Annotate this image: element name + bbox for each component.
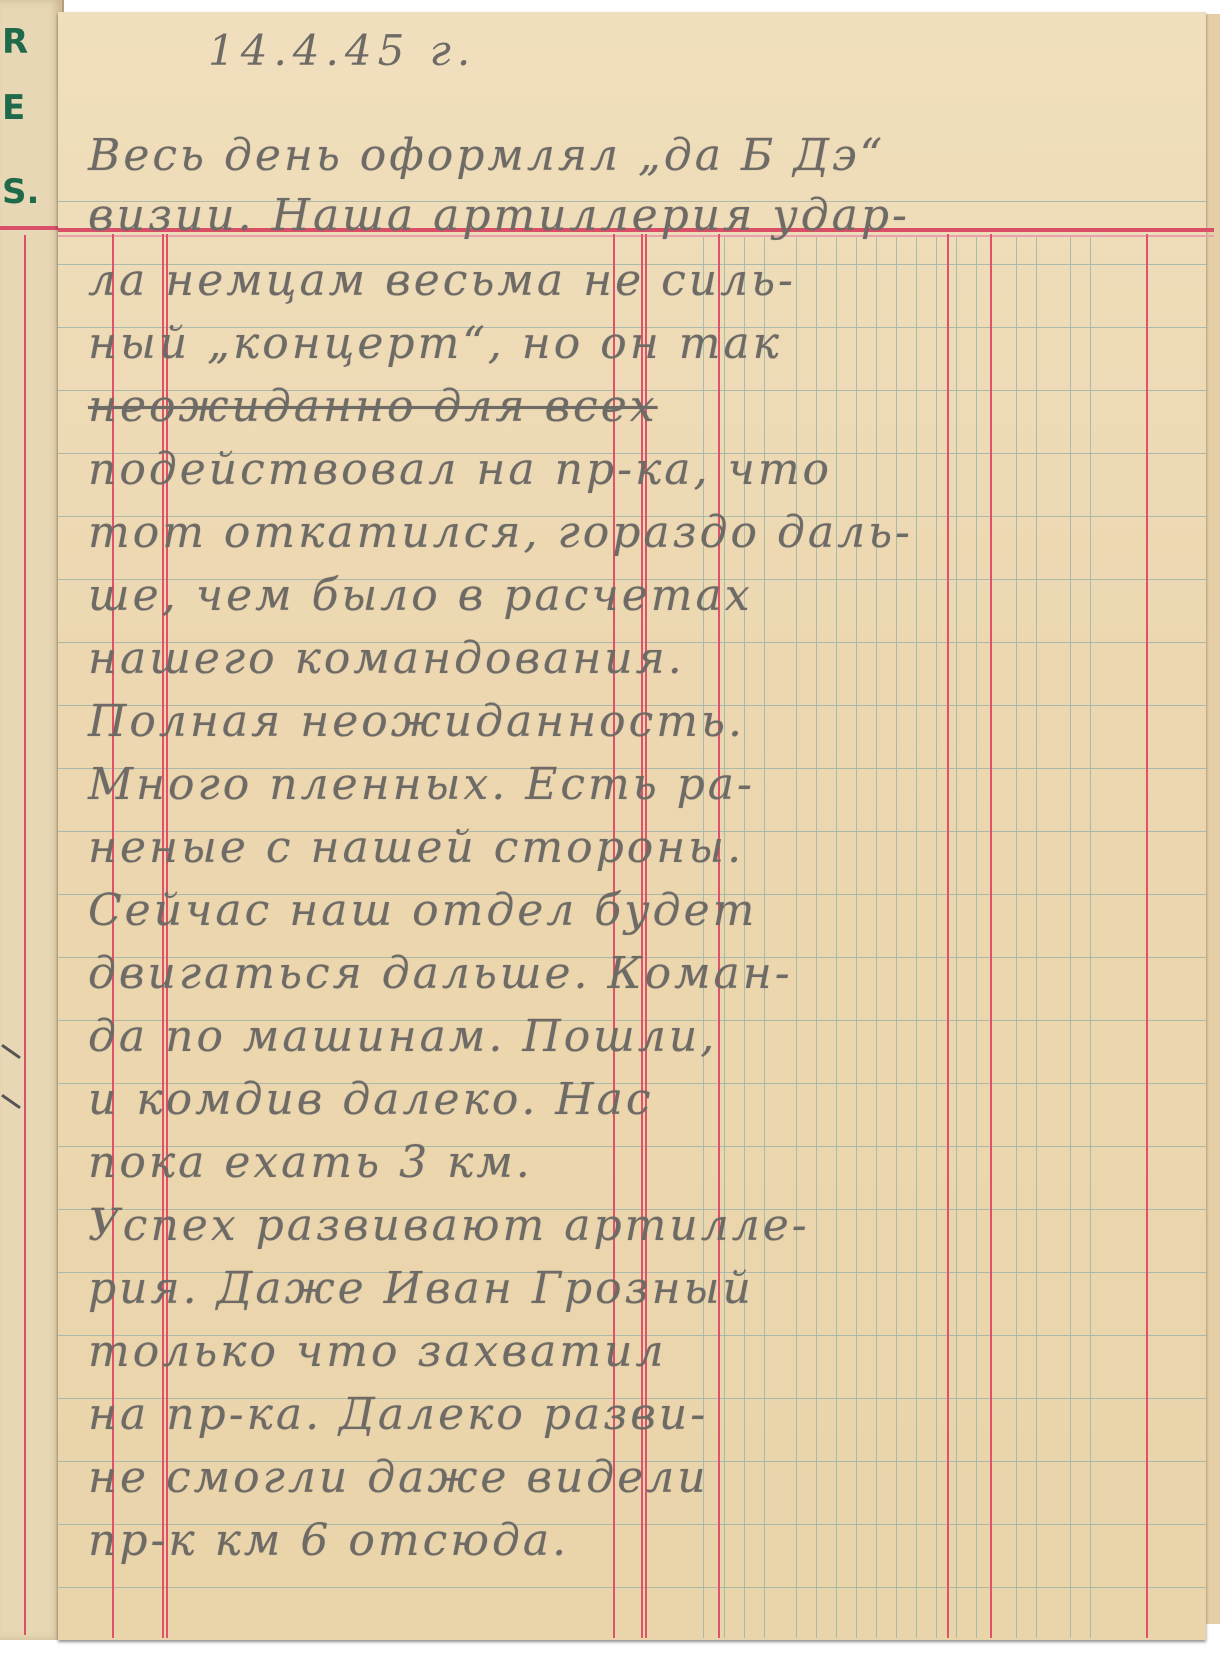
handwritten-line: Полная неожиданность.	[88, 696, 745, 747]
grid-line	[976, 237, 977, 1638]
handwritten-line: нашего командования.	[88, 633, 685, 684]
grid-line	[1070, 237, 1071, 1638]
diary-page: 14.4.45 г. Весь день оформлял „да Б Дэ“ …	[58, 12, 1206, 1640]
handwritten-line: визии. Наша артиллерия удар-	[88, 190, 910, 241]
grid-line	[1016, 237, 1017, 1638]
grid-line	[876, 237, 877, 1638]
grid-line	[1036, 237, 1037, 1638]
handwritten-line: Успех развивают артилле-	[88, 1200, 810, 1251]
red-column-rule	[990, 234, 992, 1638]
handwritten-line-struck: неожиданно для всех	[88, 381, 658, 432]
handwritten-line: да по машинам. Пошли,	[88, 1011, 717, 1062]
grid-line	[956, 237, 957, 1638]
previous-page-edge	[0, 0, 64, 1640]
margin-mark: E	[2, 88, 25, 128]
grid-line	[856, 237, 857, 1638]
handwritten-line: не смогли даже видели	[88, 1452, 709, 1503]
handwritten-line: только что захватил	[88, 1326, 666, 1377]
handwritten-line: подействовал на пр-ка, что	[88, 444, 832, 495]
handwritten-line: и комдив далеко. Нас	[88, 1074, 654, 1125]
handwritten-line: на пр-ка. Далеко разви-	[88, 1389, 708, 1440]
handwritten-line: рия. Даже Иван Грозный	[88, 1263, 754, 1314]
red-column-rule	[1146, 234, 1148, 1638]
handwritten-line: Весь день оформлял „да Б Дэ“	[88, 130, 885, 181]
grid-line	[836, 237, 837, 1638]
handwritten-line: двигаться дальше. Коман-	[88, 948, 793, 999]
grid-line	[916, 237, 917, 1638]
handwritten-line: пока ехать 3 км.	[88, 1137, 533, 1188]
previous-page-red-rule	[0, 226, 62, 230]
grid-line	[1090, 237, 1091, 1638]
ruled-line	[58, 1587, 1206, 1588]
handwritten-line: тот откатился, гораздо даль-	[88, 507, 913, 558]
handwritten-line: ный „концерт“, но он так	[88, 318, 782, 369]
grid-line	[896, 237, 897, 1638]
handwritten-line: Сейчас наш отдел будет	[88, 885, 757, 936]
handwritten-line: неные с нашей стороны.	[88, 822, 744, 873]
handwritten-line: ла немцам весьма не силь-	[88, 255, 796, 306]
handwritten-line: ше, чем было в расчетах	[88, 570, 753, 621]
handwritten-line: пр-к км 6 отсюда.	[88, 1515, 569, 1566]
grid-line	[936, 237, 937, 1638]
handwritten-line: Много пленных. Есть ра-	[88, 759, 755, 810]
entry-date: 14.4.45 г.	[208, 26, 476, 75]
red-column-rule	[947, 234, 949, 1638]
previous-page-red-column	[24, 235, 26, 1635]
margin-mark: S.	[2, 172, 39, 212]
margin-mark: R	[2, 22, 28, 62]
